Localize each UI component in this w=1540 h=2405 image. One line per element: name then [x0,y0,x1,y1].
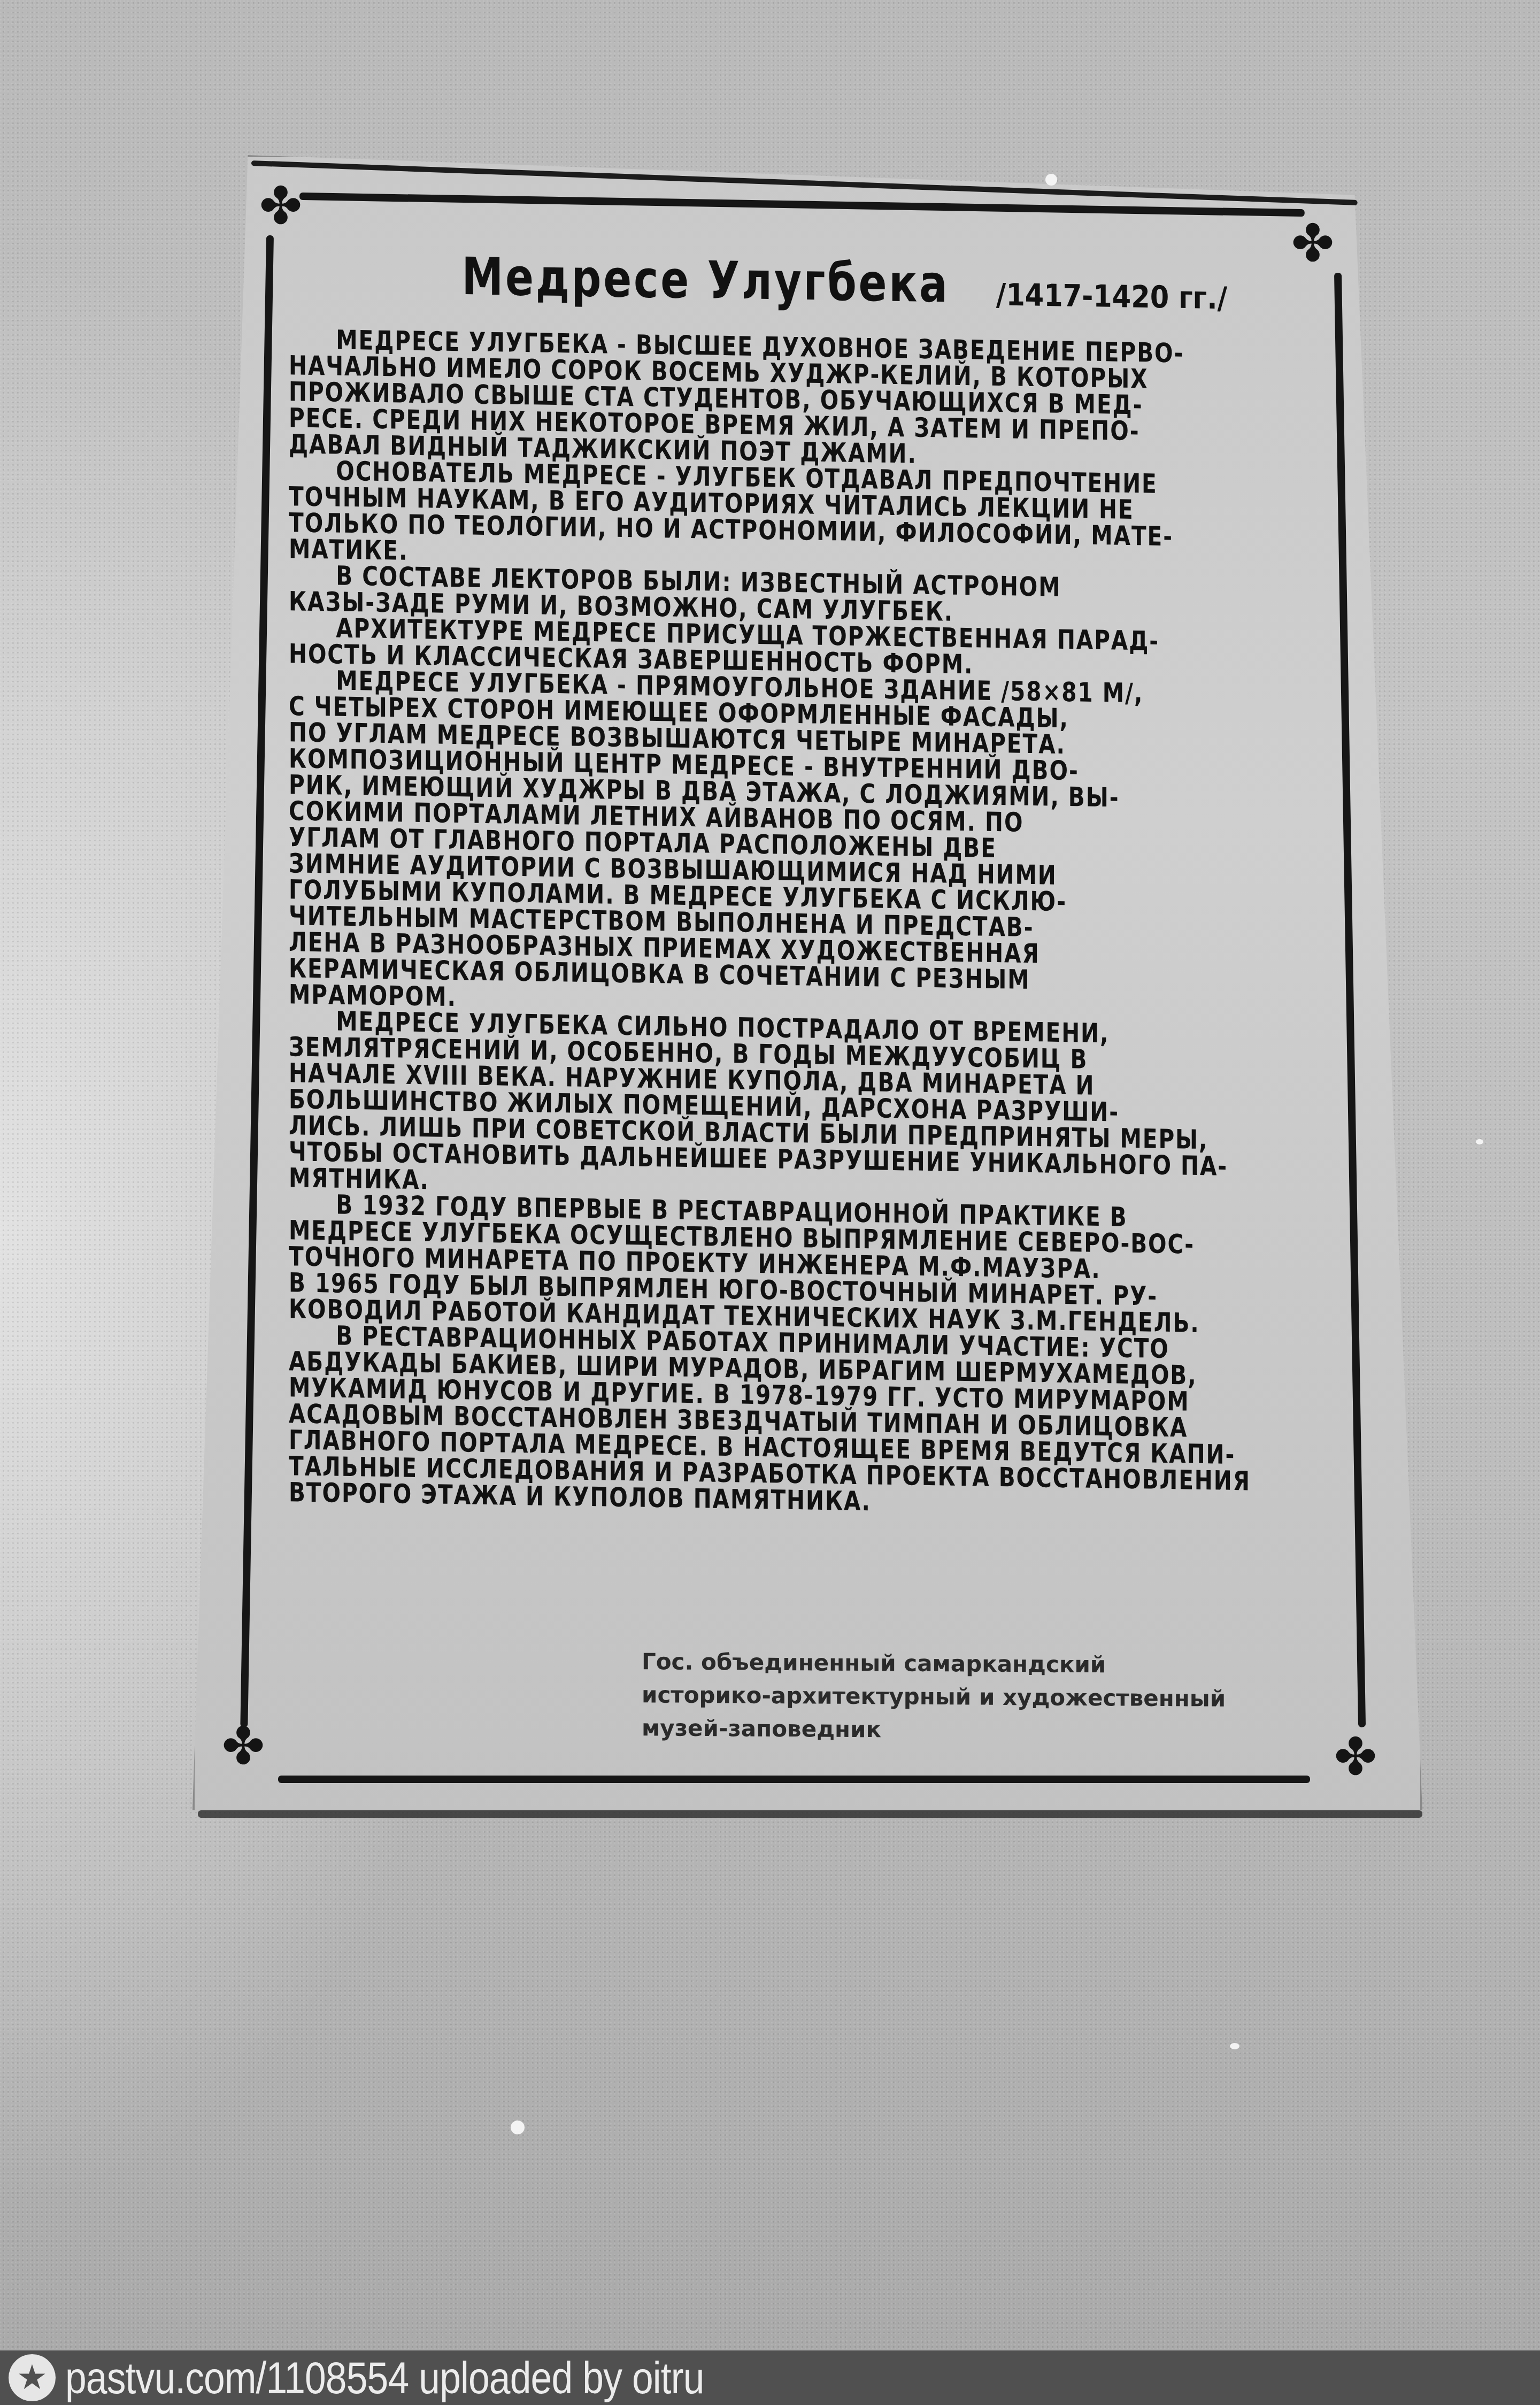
pastvu-star-icon: ★ [9,2354,56,2401]
dust-speck [1230,2043,1239,2049]
watermark-text[interactable]: pastvu.com/1108554 uploaded by oitru [65,2352,704,2404]
floral-corner-icon: ✤ [251,176,310,235]
watermark-bar: ★ pastvu.com/1108554 uploaded by oitru [0,2350,1540,2405]
plaque-outer-edge-bottom [198,1810,1422,1818]
signature-line: музей-заповедник [642,1711,1226,1749]
floral-corner-icon: ✤ [214,1717,273,1776]
floral-corner-icon: ✤ [1283,214,1342,273]
frame-line-bottom [278,1776,1310,1783]
plaque-signature: Гос. объединенный самаркандский историко… [642,1645,1226,1749]
plaque-body: Медресе Улугбека - высшее духовное завед… [289,325,1311,1520]
plaque-dates: /1417-1420 гг./ [996,278,1227,317]
dust-speck [1476,1139,1483,1144]
dust-speck [511,2120,525,2134]
signature-line: историко-архитектурный и художественный [642,1678,1226,1716]
dust-speck [1045,174,1057,186]
plaque-title: Медресе Улугбека [461,246,949,314]
floral-corner-icon: ✤ [1326,1727,1385,1786]
signature-line: Гос. объединенный самаркандский [642,1645,1226,1682]
plaque-text: Медресе Улугбека /1417-1420 гг./ Медресе… [289,251,1311,1520]
